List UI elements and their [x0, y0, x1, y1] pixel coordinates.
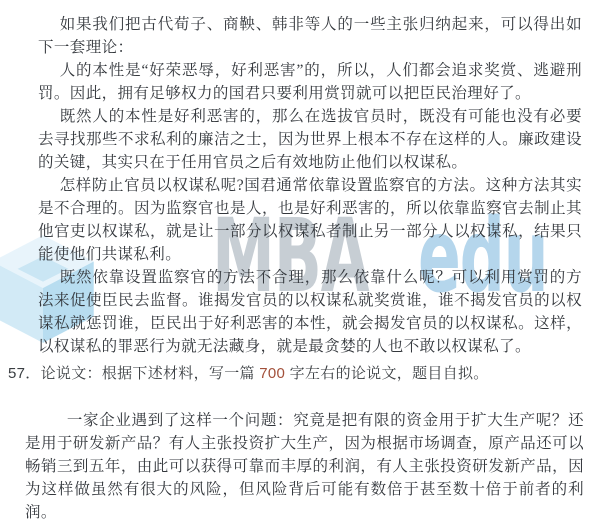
exam-page: MBAedu 如果我们把古代荀子、商鞅、韩非等人的一些主张归纳起来，可以得出如下…: [0, 0, 600, 523]
essay-material: 一家企业遇到了这样一个问题：究竟是把有限的资金用于扩大生产呢？还是用于研发新产品…: [25, 409, 584, 523]
reading-passage: 如果我们把古代荀子、商鞅、韩非等人的一些主张归纳起来，可以得出如下一套理论： 人…: [38, 13, 582, 358]
passage-paragraph: 如果我们把古代荀子、商鞅、韩非等人的一些主张归纳起来，可以得出如下一套理论：: [38, 13, 582, 59]
passage-paragraph: 人的本性是“好荣恶辱，好利恶害”的，所以，人们都会追求奖赏、逃避刑罚。因此，拥有…: [38, 59, 582, 105]
question-word-count: 700: [259, 365, 285, 382]
passage-paragraph: 既然依靠设置监察官的方法不合理，那么依靠什么呢？可以利用赏罚的方法来促使臣民去监…: [38, 266, 582, 358]
passage-paragraph: 怎样防止官员以权谋私呢?国君通常依靠设置监察官的方法。这种方法其实是不合理的。因…: [38, 174, 582, 266]
material-paragraph: 一家企业遇到了这样一个问题：究竟是把有限的资金用于扩大生产呢？还是用于研发新产品…: [25, 409, 584, 523]
document-content: 如果我们把古代荀子、商鞅、韩非等人的一些主张归纳起来，可以得出如下一套理论： 人…: [0, 0, 600, 523]
question-text-after: 字左右的论说文，题目自拟。: [285, 365, 488, 382]
essay-question-line: 57．论说文：根据下述材料，写一篇 700 字左右的论说文，题目自拟。: [8, 363, 588, 384]
question-text-before: 论说文：根据下述材料，写一篇: [41, 365, 260, 382]
passage-paragraph: 既然人的本性是好利恶害的，那么在选拔官员时，既没有可能也没有必要去寻找那些不求私…: [38, 105, 582, 174]
question-number: 57．: [8, 365, 41, 382]
